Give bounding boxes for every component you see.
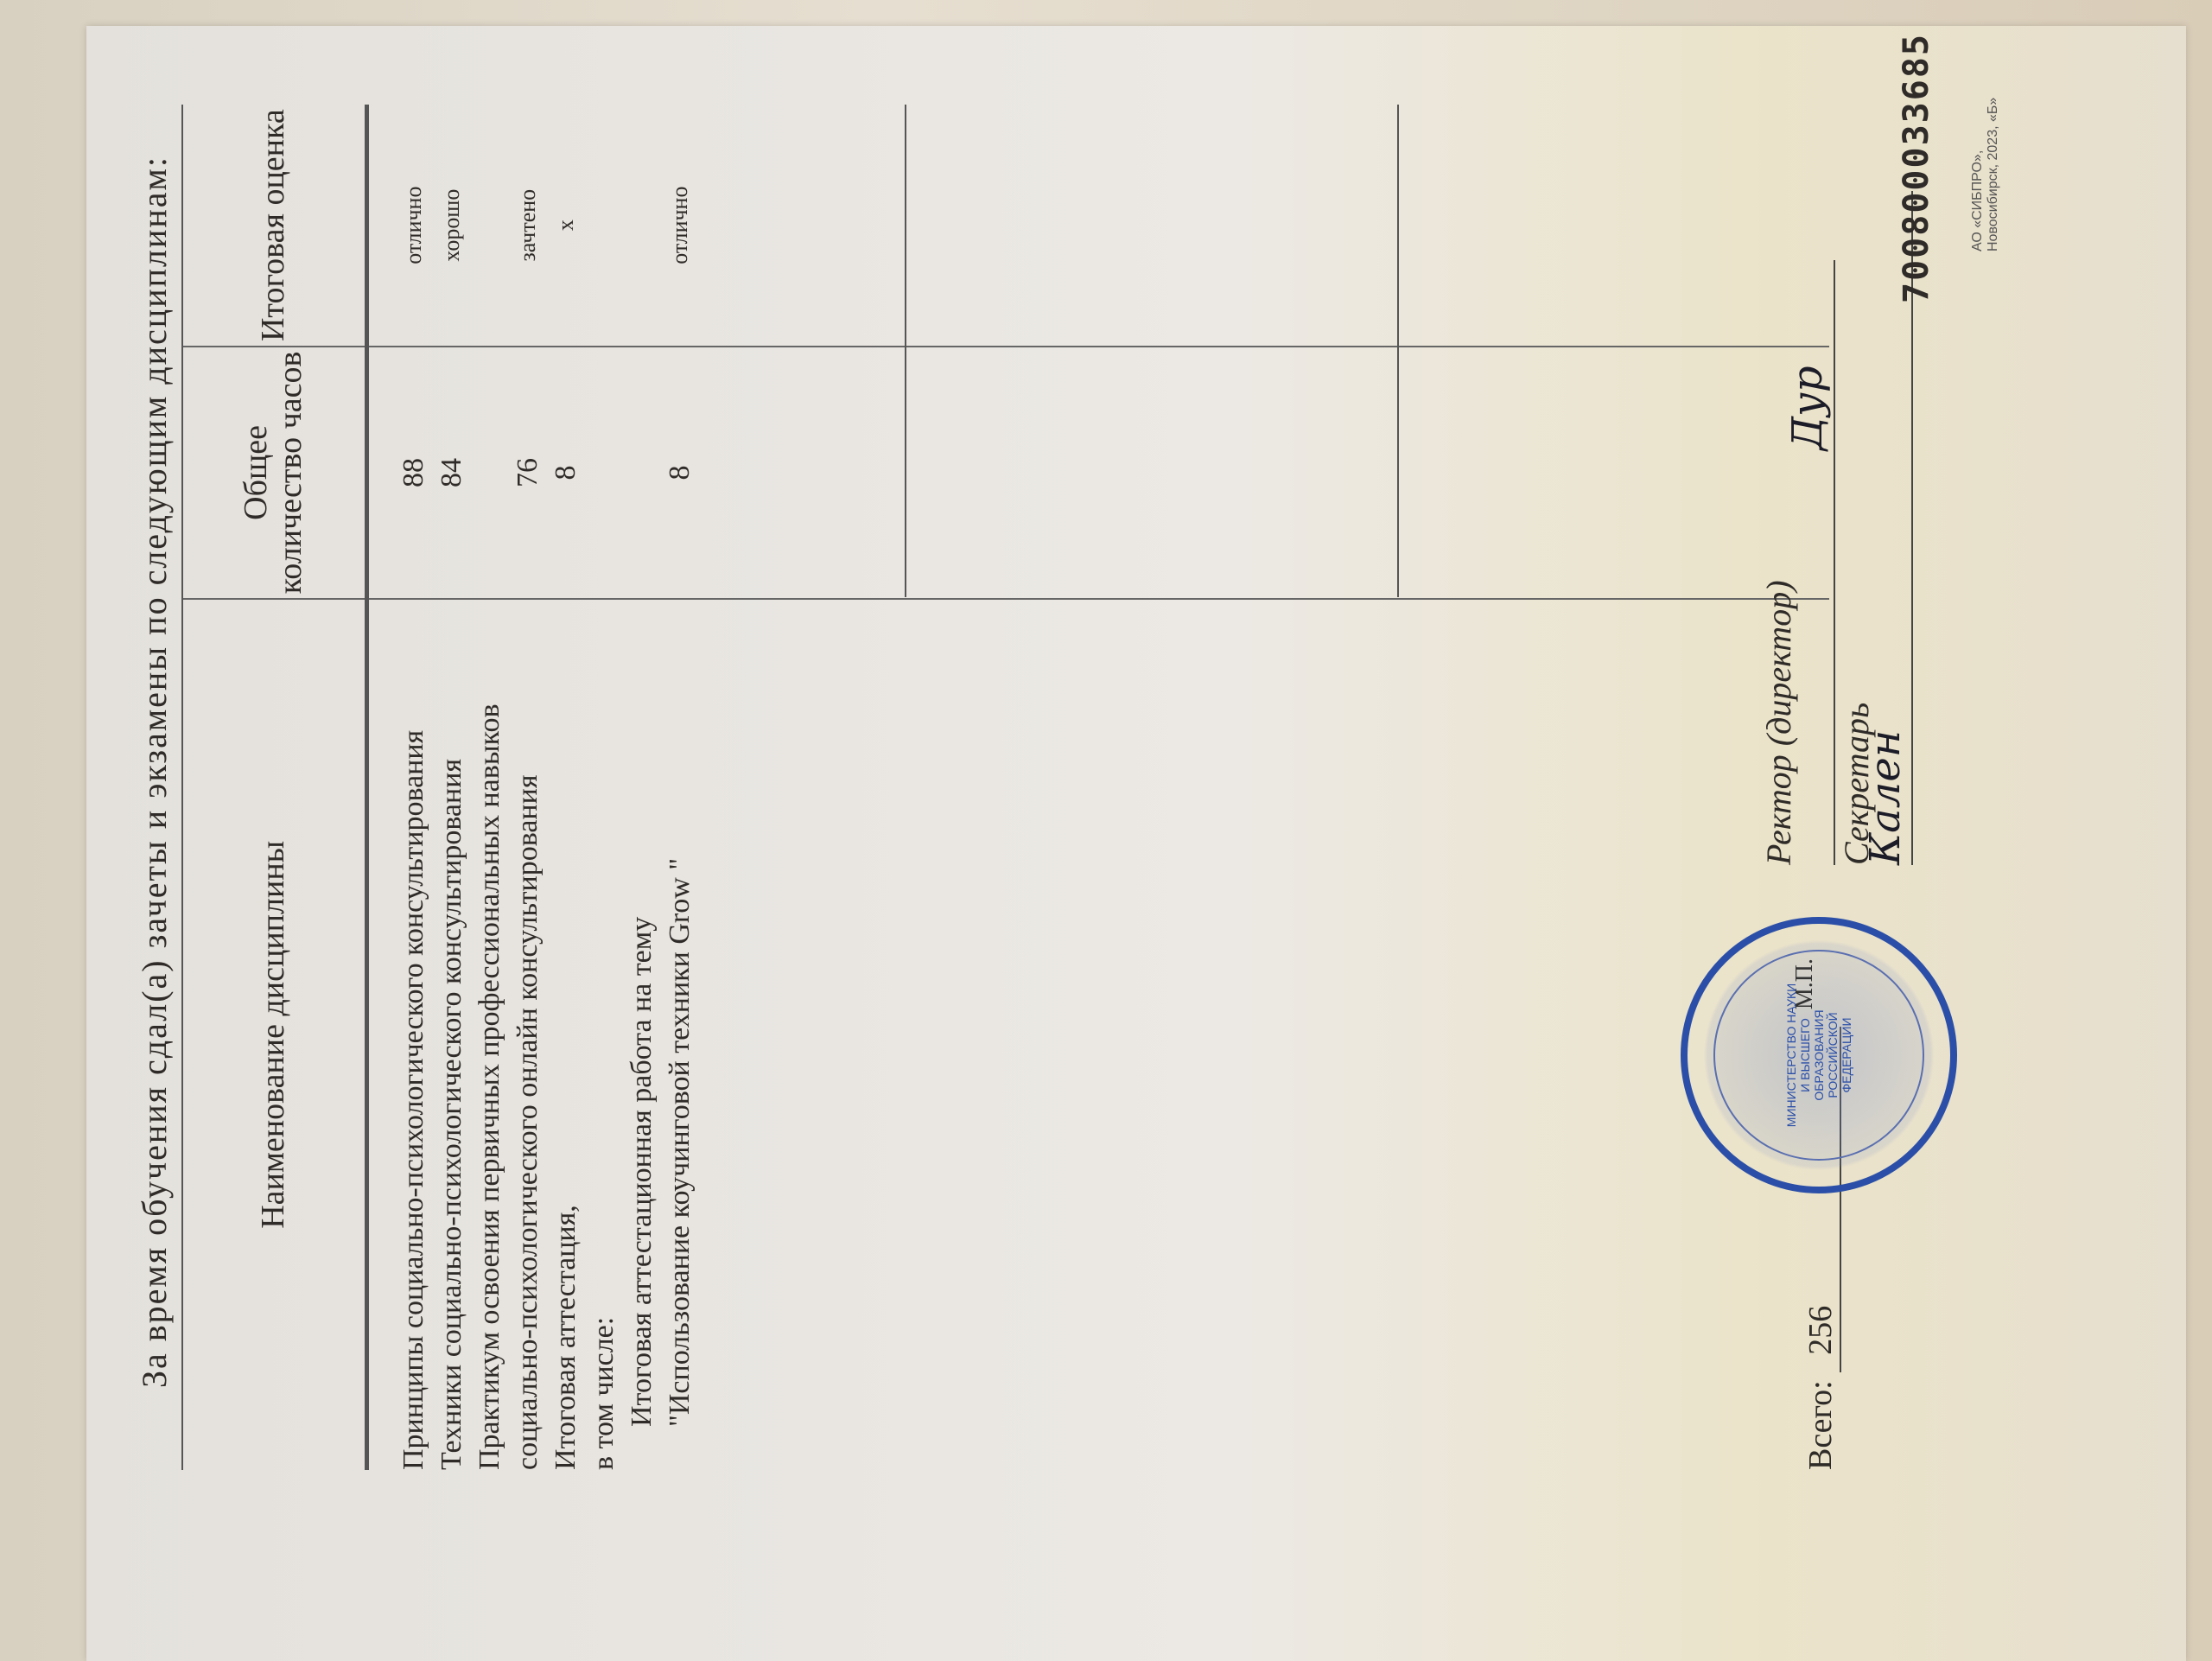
table-row: "Использование коучинговой техники Grow … bbox=[661, 600, 699, 1470]
grade-cell: хорошо bbox=[433, 105, 471, 346]
rector-signature-block: Ректор (директор) Дур bbox=[1758, 87, 1844, 865]
grade-cell: отлично bbox=[661, 105, 699, 346]
grade-cell bbox=[585, 105, 623, 346]
hours-cell: 84 bbox=[433, 347, 471, 597]
grade-cell bbox=[471, 105, 509, 346]
hours-cell bbox=[585, 347, 623, 597]
table-row: Практикум освоения первичных профессиона… bbox=[471, 600, 509, 1470]
header-total-hours: Общее количество часов bbox=[183, 346, 365, 599]
header-final-grade: Итоговая оценка bbox=[183, 105, 365, 346]
hours-cell: 8 bbox=[547, 347, 585, 597]
table-row: в том числе: bbox=[585, 600, 623, 1470]
table-row: Итоговая аттестационная работа на тему bbox=[623, 600, 661, 1470]
column-hours: 88 84 76 8 8 bbox=[369, 346, 1829, 599]
hours-cell bbox=[623, 347, 661, 597]
official-stamp: МИНИСТЕРСТВО НАУКИ И ВЫСШЕГО ОБРАЗОВАНИЯ… bbox=[1681, 917, 1957, 1193]
diploma-supplement-page: За время обучения сдал(а) зачеты и экзам… bbox=[108, 40, 2164, 1647]
header-discipline-name: Наименование дисциплины bbox=[183, 600, 365, 1470]
intro-text: За время обучения сдал(а) зачеты и экзам… bbox=[134, 156, 175, 1388]
disciplines-table: Наименование дисциплины Общее количество… bbox=[181, 105, 1803, 1470]
printer-info: АО «СИБПРО», Новосибирск, 2023, «Б» bbox=[1970, 87, 2001, 251]
document-sheet: За время обучения сдал(а) зачеты и экзам… bbox=[86, 26, 2186, 1661]
grade-cell: отлично bbox=[395, 105, 433, 346]
table-row: Итоговая аттестация, bbox=[547, 600, 585, 1470]
table-row: социально-психологического онлайн консул… bbox=[509, 600, 547, 1470]
stamp-mark: М.П. bbox=[1791, 958, 1819, 1009]
hours-cell: 88 bbox=[395, 347, 433, 597]
grade-cell: х bbox=[547, 105, 585, 346]
hours-cell bbox=[471, 347, 509, 597]
rector-label: Ректор (директор) bbox=[1759, 580, 1798, 865]
total-label: Всего: bbox=[1802, 1380, 1839, 1470]
table-header: Наименование дисциплины Общее количество… bbox=[181, 105, 369, 1470]
table-divider bbox=[1397, 105, 1399, 597]
hours-cell: 8 bbox=[661, 347, 699, 597]
serial-number: 700800033685 bbox=[1897, 33, 1936, 303]
column-names: Принципы социально-психологического конс… bbox=[369, 600, 1803, 1470]
rector-signature: Дур bbox=[1783, 366, 1832, 450]
hours-cell: 76 bbox=[509, 347, 547, 597]
table-divider bbox=[905, 105, 906, 597]
column-grades: отлично хорошо зачтено х отлично bbox=[369, 105, 1829, 346]
table-row: Принципы социально-психологического конс… bbox=[395, 600, 433, 1470]
grade-cell bbox=[623, 105, 661, 346]
stamp-text: МИНИСТЕРСТВО НАУКИ И ВЫСШЕГО ОБРАЗОВАНИЯ… bbox=[1713, 950, 1924, 1161]
grade-cell: зачтено bbox=[509, 105, 547, 346]
table-row: Техники социально-психологического консу… bbox=[433, 600, 471, 1470]
secretary-signature: Кален bbox=[1861, 730, 1910, 865]
table-body: Принципы социально-психологического конс… bbox=[369, 105, 1803, 1470]
rector-signature-line: Дур bbox=[1799, 260, 1835, 865]
